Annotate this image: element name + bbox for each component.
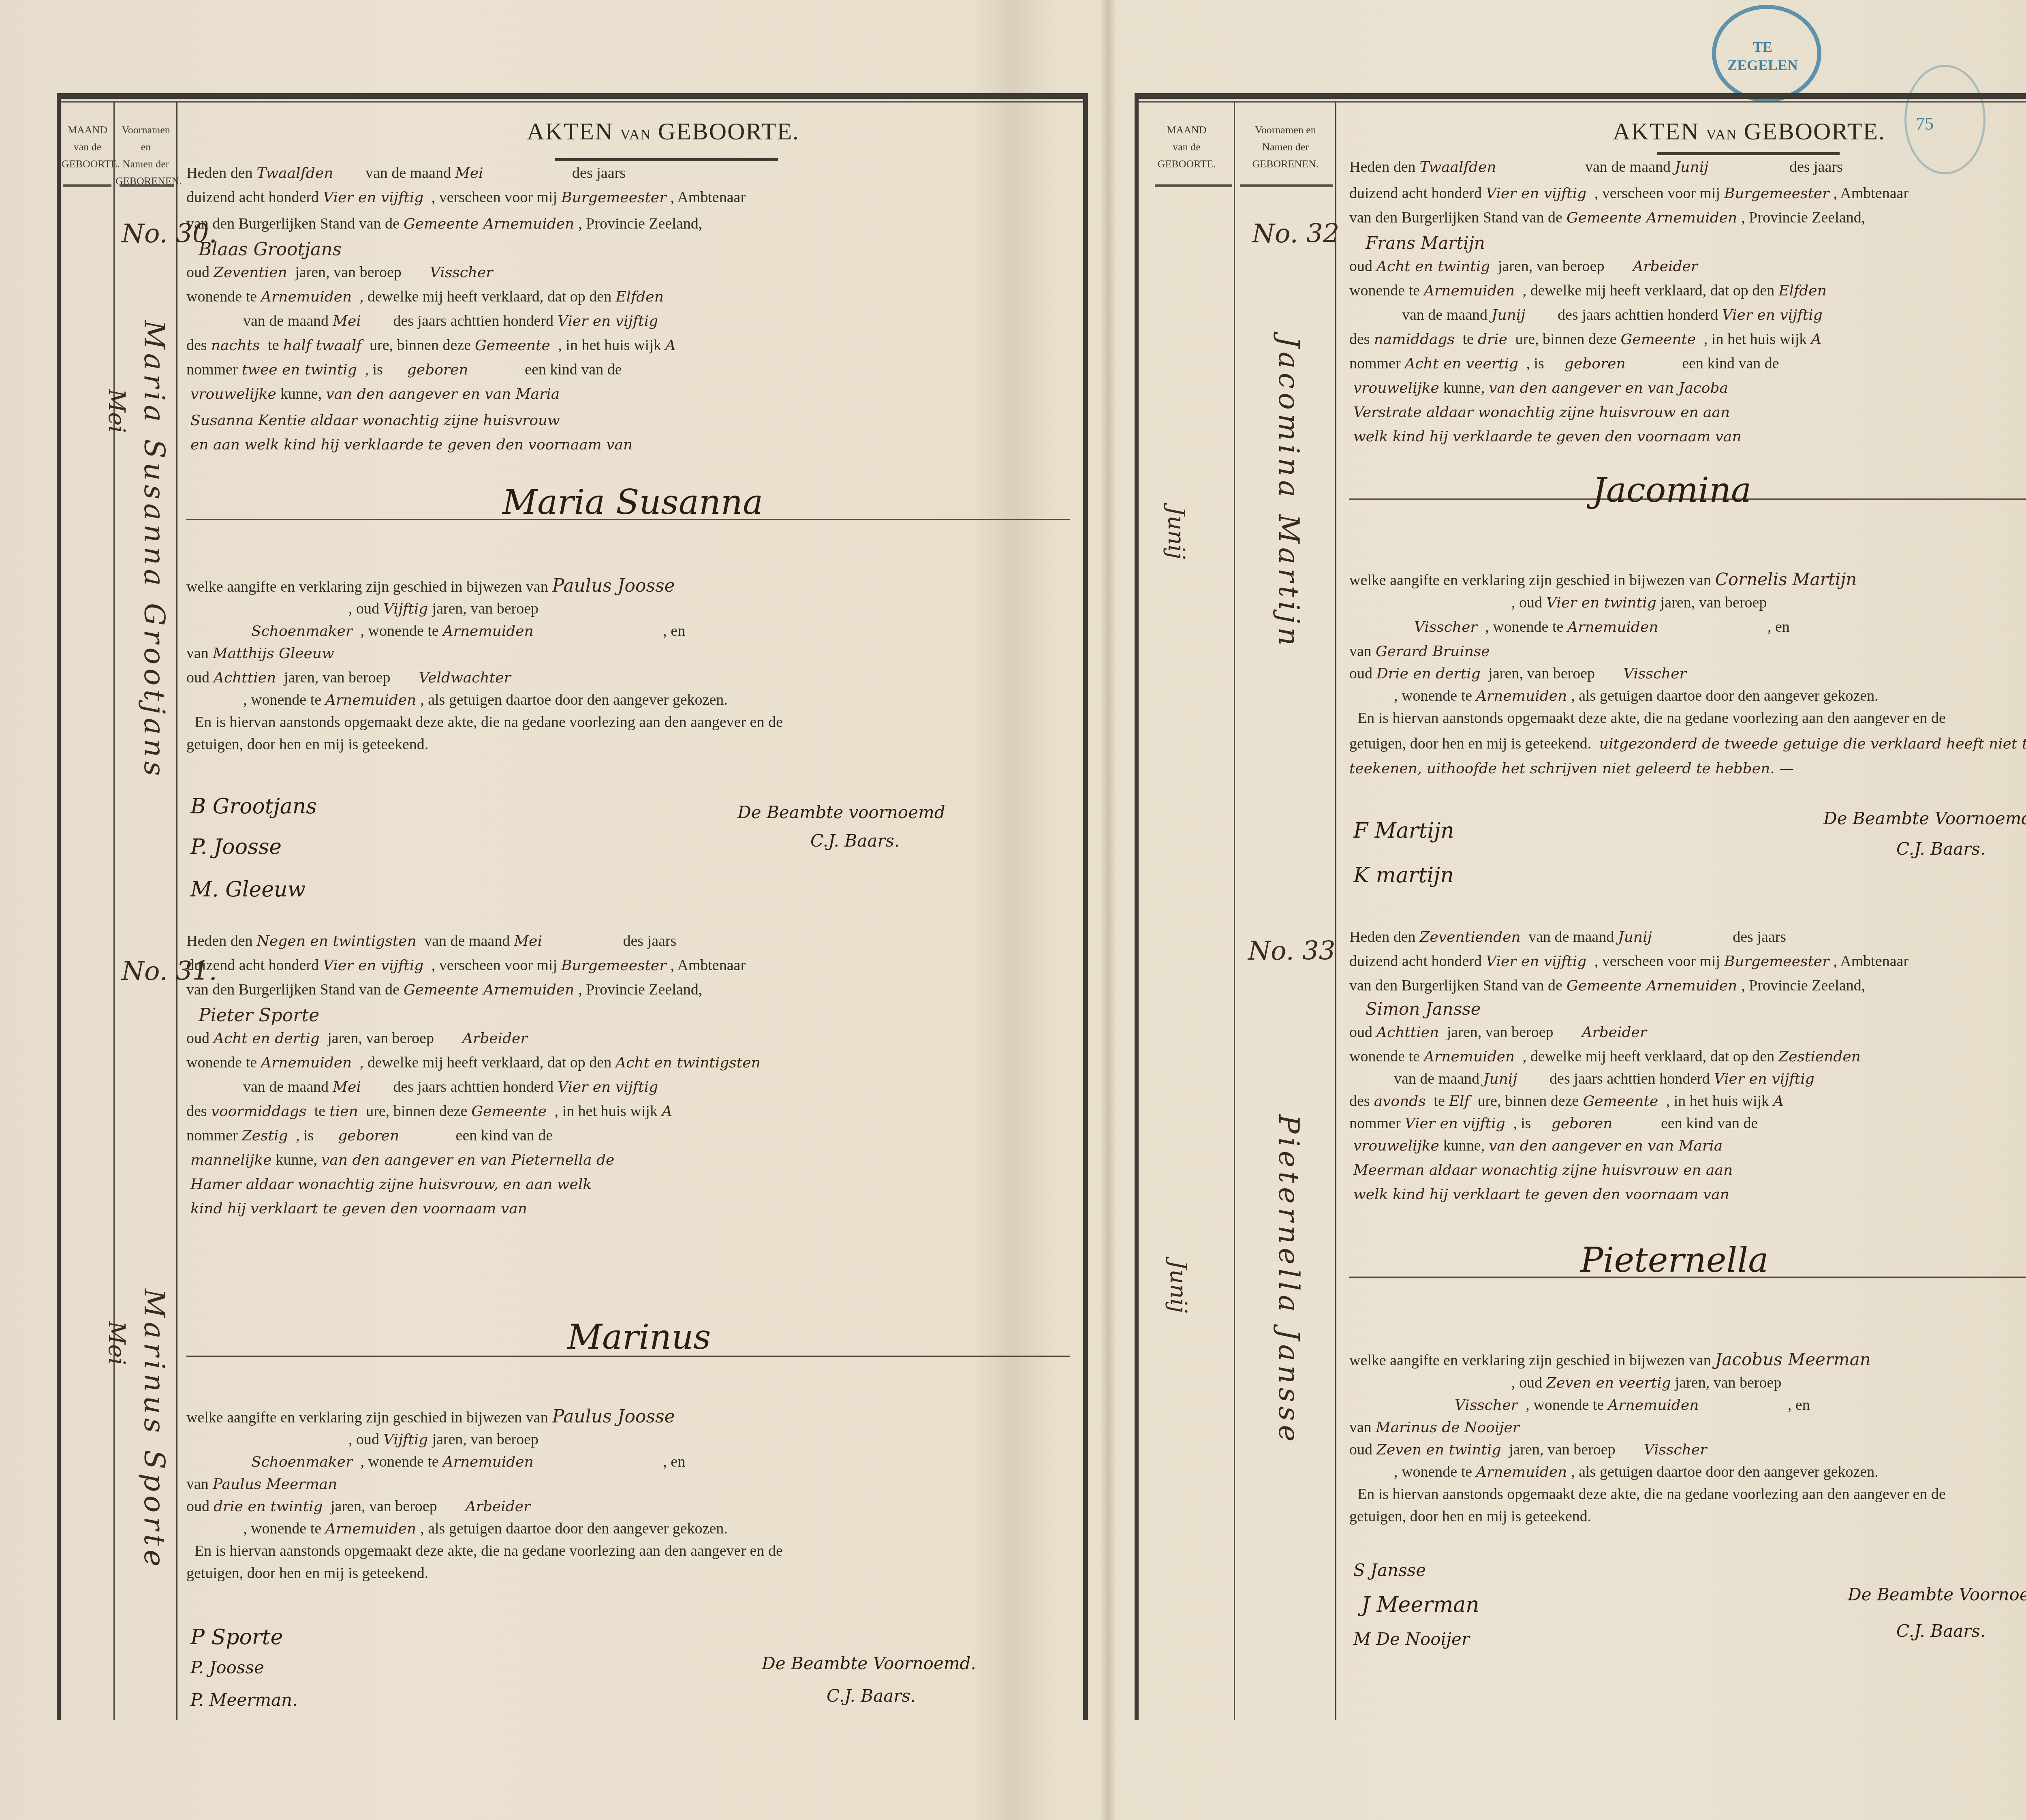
form-line: welke aangifte en verklaring zijn geschi… [1349,1349,1875,1369]
form-line: duizend acht honderdVier en vijftig , ve… [1349,184,1908,202]
official-title: De Beambte Voornoemd. [1848,1585,2026,1604]
form-line: nommerAcht en veertig , isgeboren een ki… [1349,355,1779,372]
form-line: van den Burgerlijken Stand van deGemeent… [1349,977,1865,994]
form-line: Visscher , wonende teArnemuiden , en [1349,1396,1810,1414]
margin-month: Junij [1163,507,1189,559]
signature: F Martijn [1353,819,1454,843]
column-divider [1234,101,1235,1720]
given-name: Jacomina [1592,470,1751,510]
form-line: Schoenmaker , wonende teArnemuiden , en [186,622,685,640]
form-line: welke aangifte en verklaring zijn geschi… [186,575,679,596]
entry-number: No. 32 [1252,219,1340,249]
form-line: vanPaulus Meerman [186,1475,341,1493]
signature: S Jansse [1353,1560,1426,1580]
signature: M De Nooijer [1353,1629,1470,1649]
form-line: Heden denZeventienden van de maandJunij … [1349,928,1786,946]
column-divider [1335,101,1336,1720]
signature: M. Gleeuw [190,877,306,902]
header-rule [63,184,111,187]
signature: B Grootjans [190,794,317,819]
official-signature: C.J. Baars. [810,831,900,851]
form-line: vrouwelijkekunne,van den aangever en van… [1349,379,1732,397]
form-line: duizend acht honderdVier en vijftig , ve… [186,956,746,974]
form-line: Heden denTwaalfden van de maandJunij des… [1349,158,1843,176]
form-line: , oudZeven en veertigjaren, van beroep [1349,1374,1781,1392]
margin-name: Jacomina Martijn [1272,336,1306,823]
form-line: oudZeventien jaren, van beroepVisscher [186,263,497,281]
frame-top [57,93,1088,99]
form-line: welk kind hij verklaarde te geven den vo… [1349,428,1746,445]
form-line: oudZeven en twintig jaren, van beroepVis… [1349,1441,1711,1459]
book-gutter [1100,0,1116,1820]
form-line: Pieter Sporte [194,1005,323,1026]
form-line: mannelijkekunne,van den aangever en van … [186,1151,618,1169]
signature: P Sporte [190,1625,283,1649]
form-line: , wonende teArnemuiden, als getuigen daa… [243,691,728,709]
right-page: MAAND van de GEBOORTE. Voornamen en Name… [1135,93,2026,1720]
official-title: De Beambte voornoemd [737,802,945,822]
margin-month: Mei [103,1321,130,1365]
form-line: van den Burgerlijken Stand van deGemeent… [186,215,702,233]
frame-left [1135,93,1139,1720]
form-line: welke aangifte en verklaring zijn geschi… [186,1406,679,1427]
form-line: En is hiervan aanstonds opgemaakt deze a… [194,1542,783,1560]
margin-month: Mei [103,389,130,433]
title-rule [1657,152,1840,155]
form-line: oudDrie en dertig jaren, van beroepVissc… [1349,665,1690,682]
form-line: ouddrie en twintig jaren, van beroepArbe… [186,1497,534,1515]
form-line: , wonende teArnemuiden, als getuigen daa… [1394,687,1879,705]
col-header-month: MAAND van de GEBOORTE. [1139,122,1234,173]
form-line: wonende teArnemuiden , dewelke mij heeft… [1349,1048,1865,1065]
form-line: van de maandJunij des jaars achttien hon… [1402,306,1827,324]
signature: P. Joosse [190,835,282,859]
frame-left [57,93,61,1720]
official-signature: C.J. Baars. [827,1686,916,1706]
form-line: Frans Martijn [1361,233,1489,253]
official-signature: C.J. Baars. [1896,839,1985,859]
entry-number: No. 33 [1248,936,1336,966]
frame-top-inner [1135,101,2026,103]
form-title: AKTEN VAN GEBOORTE. [1613,118,1885,145]
given-name: Marinus [567,1317,711,1357]
form-line: van den Burgerlijken Stand van deGemeent… [1349,209,1865,227]
form-line: vanMarinus de Nooijer [1349,1418,1524,1436]
form-line: Hamer aldaar wonachtig zijne huisvrouw, … [186,1175,596,1193]
signature: P. Meerman. [190,1690,298,1710]
official-title: De Beambte Voornoemd. [762,1653,976,1673]
margin-name: Pieternella Jansse [1272,1114,1306,1560]
form-line: van den Burgerlijken Stand van deGemeent… [186,981,702,999]
column-divider [113,101,115,1720]
margin-month: Junij [1165,1260,1191,1313]
form-line: Meerman aldaar wonachtig zijne huisvrouw… [1349,1161,1737,1179]
form-title: AKTEN VAN GEBOORTE. [527,118,799,145]
form-line: oudAcht en twintig jaren, van beroepArbe… [1349,257,1702,275]
form-line: van de maandMei des jaars achttien honde… [243,1078,662,1096]
form-line: welk kind hij verklaart te geven den voo… [1349,1185,1733,1203]
form-line: duizend acht honderdVier en vijftig , ve… [186,188,746,206]
given-name: Pieternella [1580,1240,1768,1280]
column-divider [176,101,177,1720]
official-title: De Beambte Voornoemd [1823,808,2026,828]
form-line: Heden denNegen en twintigsten van de maa… [186,932,676,950]
form-line: welke aangifte en verklaring zijn geschi… [1349,569,1861,589]
form-line: oudAchttien jaren, van beroepVeldwachter [186,669,515,687]
form-line: vanGerard Bruinse [1349,642,1494,660]
form-line: getuigen, door hen en mij is geteekend. … [1349,731,2026,781]
stamp-text-bottom: ZEGELEN [1722,57,1803,74]
form-line: Heden denTwaalfden van de maandMei des j… [186,164,626,182]
margin-name: Marinus Sporte [138,1289,171,1653]
form-line: van de maandMei des jaars achttien honde… [243,312,662,330]
form-line: Schoenmaker , wonende teArnemuiden , en [186,1453,685,1471]
form-line: desvoormiddags tetien ure, binnen dezeGe… [186,1102,676,1120]
form-line: En is hiervan aanstonds opgemaakt deze a… [1357,1485,1946,1503]
form-line: wonende teArnemuiden , dewelke mij heeft… [186,288,668,306]
form-line: Verstrate aldaar wonachtig zijne huisvro… [1349,403,1734,421]
title-rule [555,158,778,161]
form-line: vrouwelijkekunne,van den aangever en van… [186,385,564,403]
signature: J Meerman [1361,1593,1479,1617]
form-line: desnachts tehalf twaalf ure, binnen deze… [186,336,680,354]
form-line: Blaas Grootjans [194,239,346,260]
signature: K martijn [1353,863,1454,888]
form-line: , oudVier en twintigjaren, van beroep [1349,594,1767,612]
form-line: en aan welk kind hij verklaarde te geven… [186,436,637,453]
form-line: , wonende teArnemuiden, als getuigen daa… [243,1520,728,1538]
col-header-names: Voornamen en Namen der GEBORENEN. [115,122,176,190]
form-line: getuigen, door hen en mij is geteekend. [1349,1508,1591,1525]
form-line: kind hij verklaart te geven den voornaam… [186,1200,531,1217]
form-line: desavonds teElf ure, binnen dezeGemeente… [1349,1092,1788,1110]
form-line: En is hiervan aanstonds opgemaakt deze a… [1357,709,1946,727]
header-rule [120,184,174,187]
form-line: wonende teArnemuiden , dewelke mij heeft… [1349,282,1831,299]
official-signature: C.J. Baars. [1896,1621,1985,1641]
form-line: duizend acht honderdVier en vijftig , ve… [1349,952,1908,970]
given-name: Maria Susanna [502,482,763,522]
form-line: Susanna Kentie aldaar wonachtig zijne hu… [186,411,564,429]
form-line: En is hiervan aanstonds opgemaakt deze a… [194,713,783,731]
header-rule [1155,184,1232,187]
form-line: vanMatthijs Gleeuw [186,644,338,662]
form-line: desnamiddags tedrie ure, binnen dezeGeme… [1349,330,1825,348]
form-line: nommerZestig , isgeboren een kind van de [186,1127,553,1144]
form-line: oudAchttien jaren, van beroepArbeider [1349,1023,1651,1041]
form-line: oudAcht en dertig jaren, van beroepArbei… [186,1029,532,1047]
header-rule [1240,184,1333,187]
form-line: vrouwelijkekunne,van den aangever en van… [1349,1137,1727,1155]
left-page: MAAND van de GEBOORTE. Voornamen en Name… [57,93,1088,1720]
form-line: getuigen, door hen en mij is geteekend. [186,1564,428,1582]
col-header-month: MAAND van de GEBOORTE. [62,122,113,173]
form-line: , oudVijftigjaren, van beroep [186,1431,539,1448]
margin-name: Maria Susanna Grootjans [138,320,171,847]
col-header-names: Voornamen en Namen der GEBORENEN. [1236,122,1335,173]
form-line: nommerVier en vijftig , isgeboren een ki… [1349,1114,1758,1132]
form-line: wonende teArnemuiden , dewelke mij heeft… [186,1054,765,1071]
frame-top [1135,93,2026,99]
form-line: nommertwee en twintig , isgeboren een ki… [186,361,622,379]
form-line: Visscher , wonende teArnemuiden , en [1349,618,1790,636]
frame-right [1083,93,1088,1720]
stamp-text-top: TE [1742,38,1783,56]
form-line: getuigen, door hen en mij is geteekend. [186,736,428,753]
frame-top-inner [57,101,1088,103]
signature: P. Joosse [190,1657,264,1677]
form-line: Simon Jansse [1361,999,1485,1019]
form-line: , oudVijftigjaren, van beroep [186,600,539,618]
form-line: , wonende teArnemuiden, als getuigen daa… [1394,1463,1879,1481]
form-line: van de maandJunij des jaars achttien hon… [1394,1070,1819,1088]
